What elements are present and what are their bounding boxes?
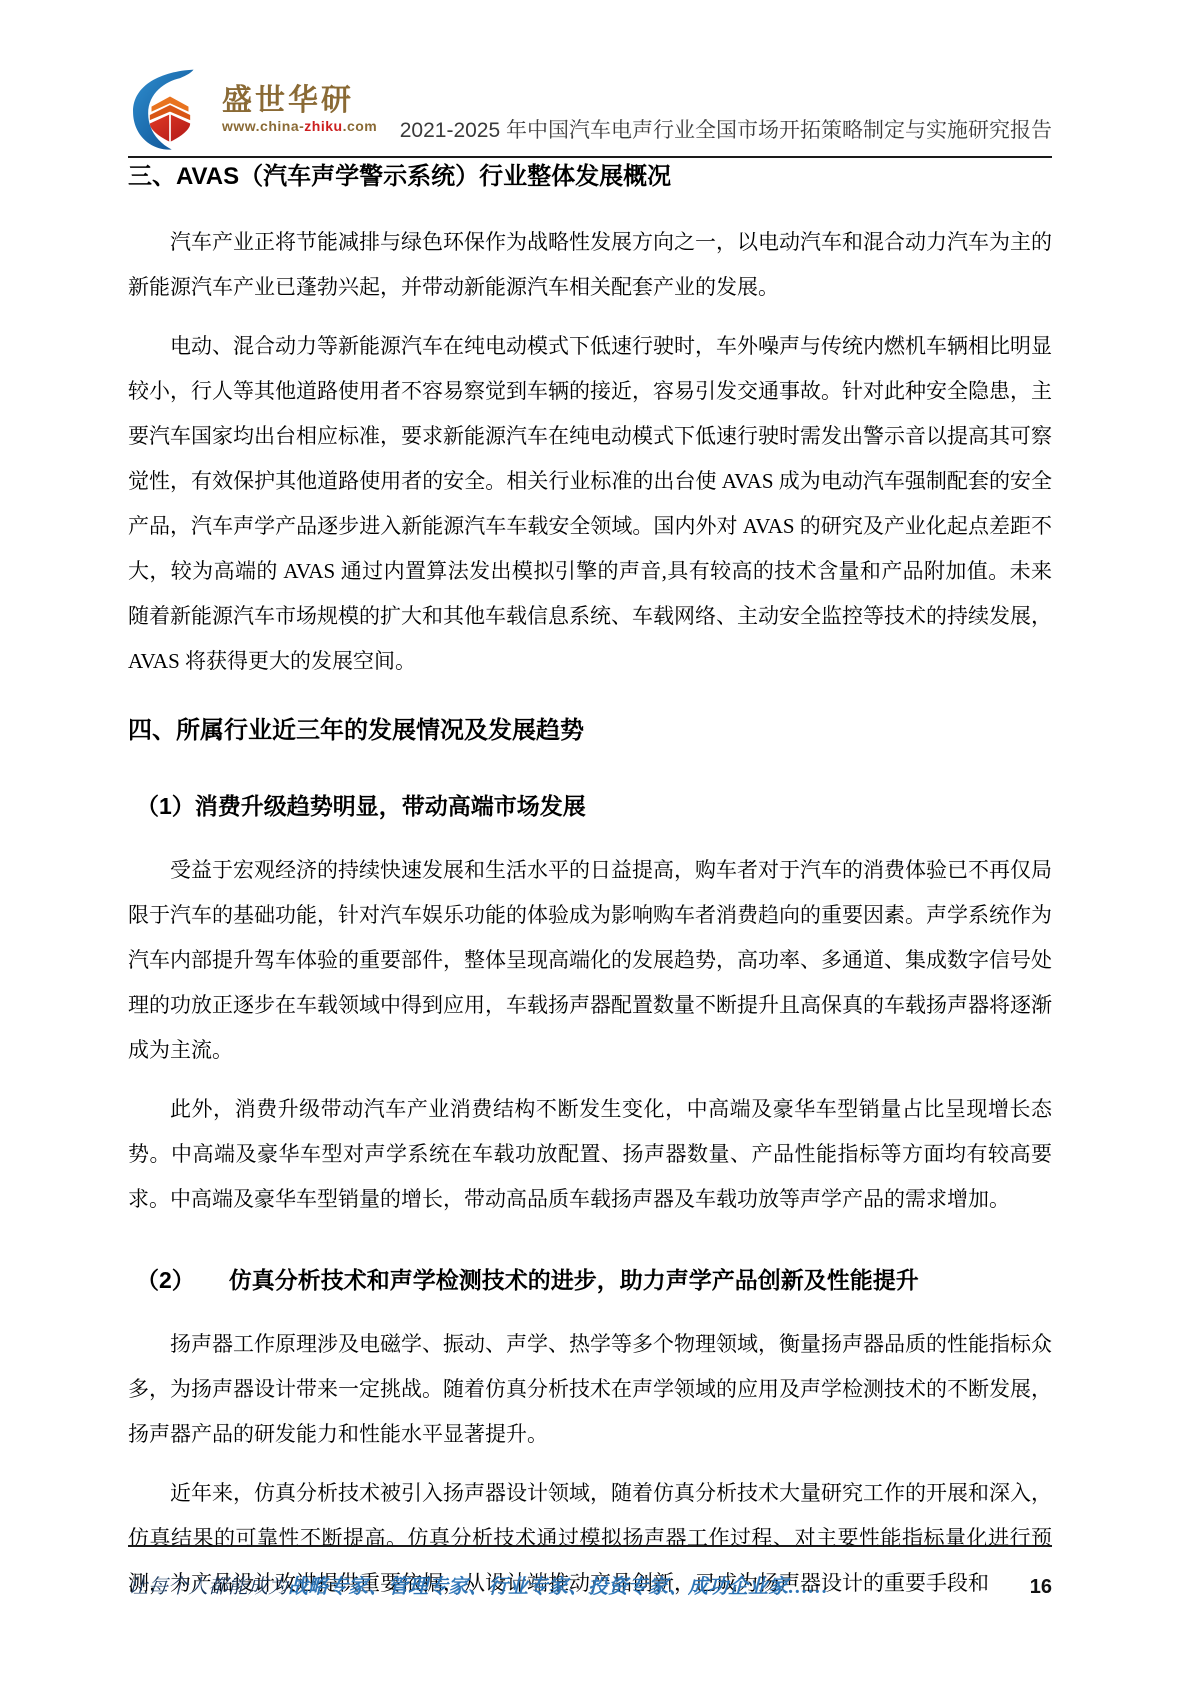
page-header: 盛世华研 www.china-zhiku.com 2021-2025 年中国汽车… [128, 66, 1052, 158]
section-3-heading: 三、AVAS（汽车声学警示系统）行业整体发展概况 [128, 160, 1052, 194]
subsection-1-paragraph-2: 此外，消费升级带动汽车产业消费结构不断发生变化，中高端及豪华车型销量占比呈现增长… [128, 1087, 1052, 1222]
brand-name: 盛世华研 [222, 85, 377, 117]
page-number: 16 [1030, 1576, 1052, 1599]
site-highlight: zhiku [304, 118, 342, 134]
section-3-paragraph-1: 汽车产业正将节能减排与绿色环保作为战略性发展方向之一，以电动汽车和混合动力汽车为… [128, 220, 1052, 310]
subsection-2-title: 仿真分析技术和声学检测技术的进步，助力声学产品创新及性能提升 [229, 1267, 919, 1293]
subsection-2-number: （2） [136, 1267, 195, 1293]
brand-website: www.china-zhiku.com [222, 117, 377, 135]
document-page: 盛世华研 www.china-zhiku.com 2021-2025 年中国汽车… [0, 0, 1191, 1684]
document-body: 三、AVAS（汽车声学警示系统）行业整体发展概况 汽车产业正将节能减排与绿色环保… [128, 160, 1052, 1606]
subsection-2-heading: （2）仿真分析技术和声学检测技术的进步，助力声学产品创新及性能提升 [128, 1264, 1052, 1296]
section-4-heading: 四、所属行业近三年的发展情况及发展趋势 [128, 714, 1052, 748]
logo-swoosh-book-icon [128, 68, 212, 152]
brand-logo: 盛世华研 www.china-zhiku.com [128, 68, 377, 152]
report-title: 2021-2025 年中国汽车电声行业全国市场开拓策略制定与实施研究报告 [400, 114, 1052, 144]
section-3-paragraph-2: 电动、混合动力等新能源汽车在纯电动模式下低速行驶时，车外噪声与传统内燃机车辆相比… [128, 324, 1052, 684]
footer-tagline: 让每个人都能成为战略专家、管理专家、行业专家、投资专家、成功企业家…… [128, 1570, 828, 1599]
footer-divider [128, 1545, 1052, 1547]
tagline-emphasis: 战略专家、管理专家、行业专家、投资专家、成功企业家…… [288, 1576, 828, 1598]
page-footer: 让每个人都能成为战略专家、管理专家、行业专家、投资专家、成功企业家…… 16 [128, 1570, 1052, 1599]
subsection-1-paragraph-1: 受益于宏观经济的持续快速发展和生活水平的日益提高，购车者对于汽车的消费体验已不再… [128, 848, 1052, 1073]
subsection-2-paragraph-1: 扬声器工作原理涉及电磁学、振动、声学、热学等多个物理领域，衡量扬声器品质的性能指… [128, 1322, 1052, 1457]
brand-text-block: 盛世华研 www.china-zhiku.com [222, 85, 377, 135]
tagline-prefix: 让每个人都能成为 [128, 1576, 288, 1598]
site-prefix: www.china- [222, 118, 304, 134]
site-suffix: .com [343, 118, 378, 134]
subsection-1-heading: （1）消费升级趋势明显，带动高端市场发展 [128, 790, 1052, 822]
